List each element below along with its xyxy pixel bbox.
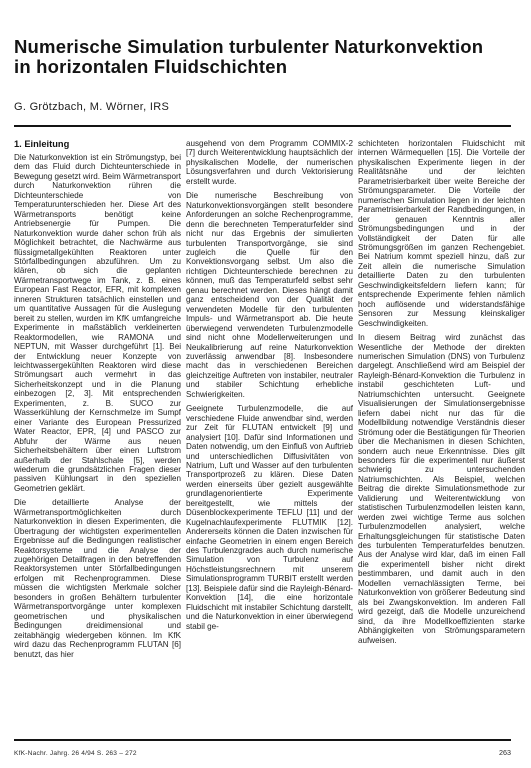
paragraph: Die Naturkonvektion ist ein Strömungstyp…	[14, 153, 181, 493]
page-number: 263	[499, 748, 511, 757]
page-footer: KfK-Nachr. Jahrg. 26 4/94 S. 263 – 272 2…	[14, 748, 511, 757]
journal-page: Numerische Simulation turbulenter Naturk…	[0, 0, 531, 768]
authors-line: G. Grötzbach, M. Wörner, IRS	[14, 101, 511, 113]
column-3: schichteten horizontalen Fluidschicht mi…	[358, 139, 525, 733]
paragraph: Die detaillierte Analyse der Wärmetransp…	[14, 498, 181, 659]
article-title: Numerische Simulation turbulenter Naturk…	[14, 37, 519, 77]
paragraph-continuation: schichteten horizontalen Fluidschicht mi…	[358, 139, 525, 328]
article-body: 1. Einleitung Die Naturkonvektion ist ei…	[14, 139, 525, 733]
article-title-line2: in horizontalen Fluidschichten	[14, 57, 519, 77]
section-heading: 1. Einleitung	[14, 139, 181, 149]
column-2: ausgehend von dem Programm COMMIX-2 [7] …	[186, 139, 353, 733]
paragraph: Geeignete Turbulenzmodelle, die auf vers…	[186, 404, 353, 631]
header-rule	[14, 125, 511, 127]
column-1: 1. Einleitung Die Naturkonvektion ist ei…	[14, 139, 181, 733]
journal-citation: KfK-Nachr. Jahrg. 26 4/94 S. 263 – 272	[14, 750, 137, 757]
paragraph: In diesem Beitrag wird zunächst das Wese…	[358, 333, 525, 645]
footer-rule	[14, 739, 511, 741]
paragraph: Die numerische Beschreibung von Naturkon…	[186, 191, 353, 399]
article-title-line1: Numerische Simulation turbulenter Naturk…	[14, 37, 519, 57]
paragraph-continuation: ausgehend von dem Programm COMMIX-2 [7] …	[186, 139, 353, 186]
